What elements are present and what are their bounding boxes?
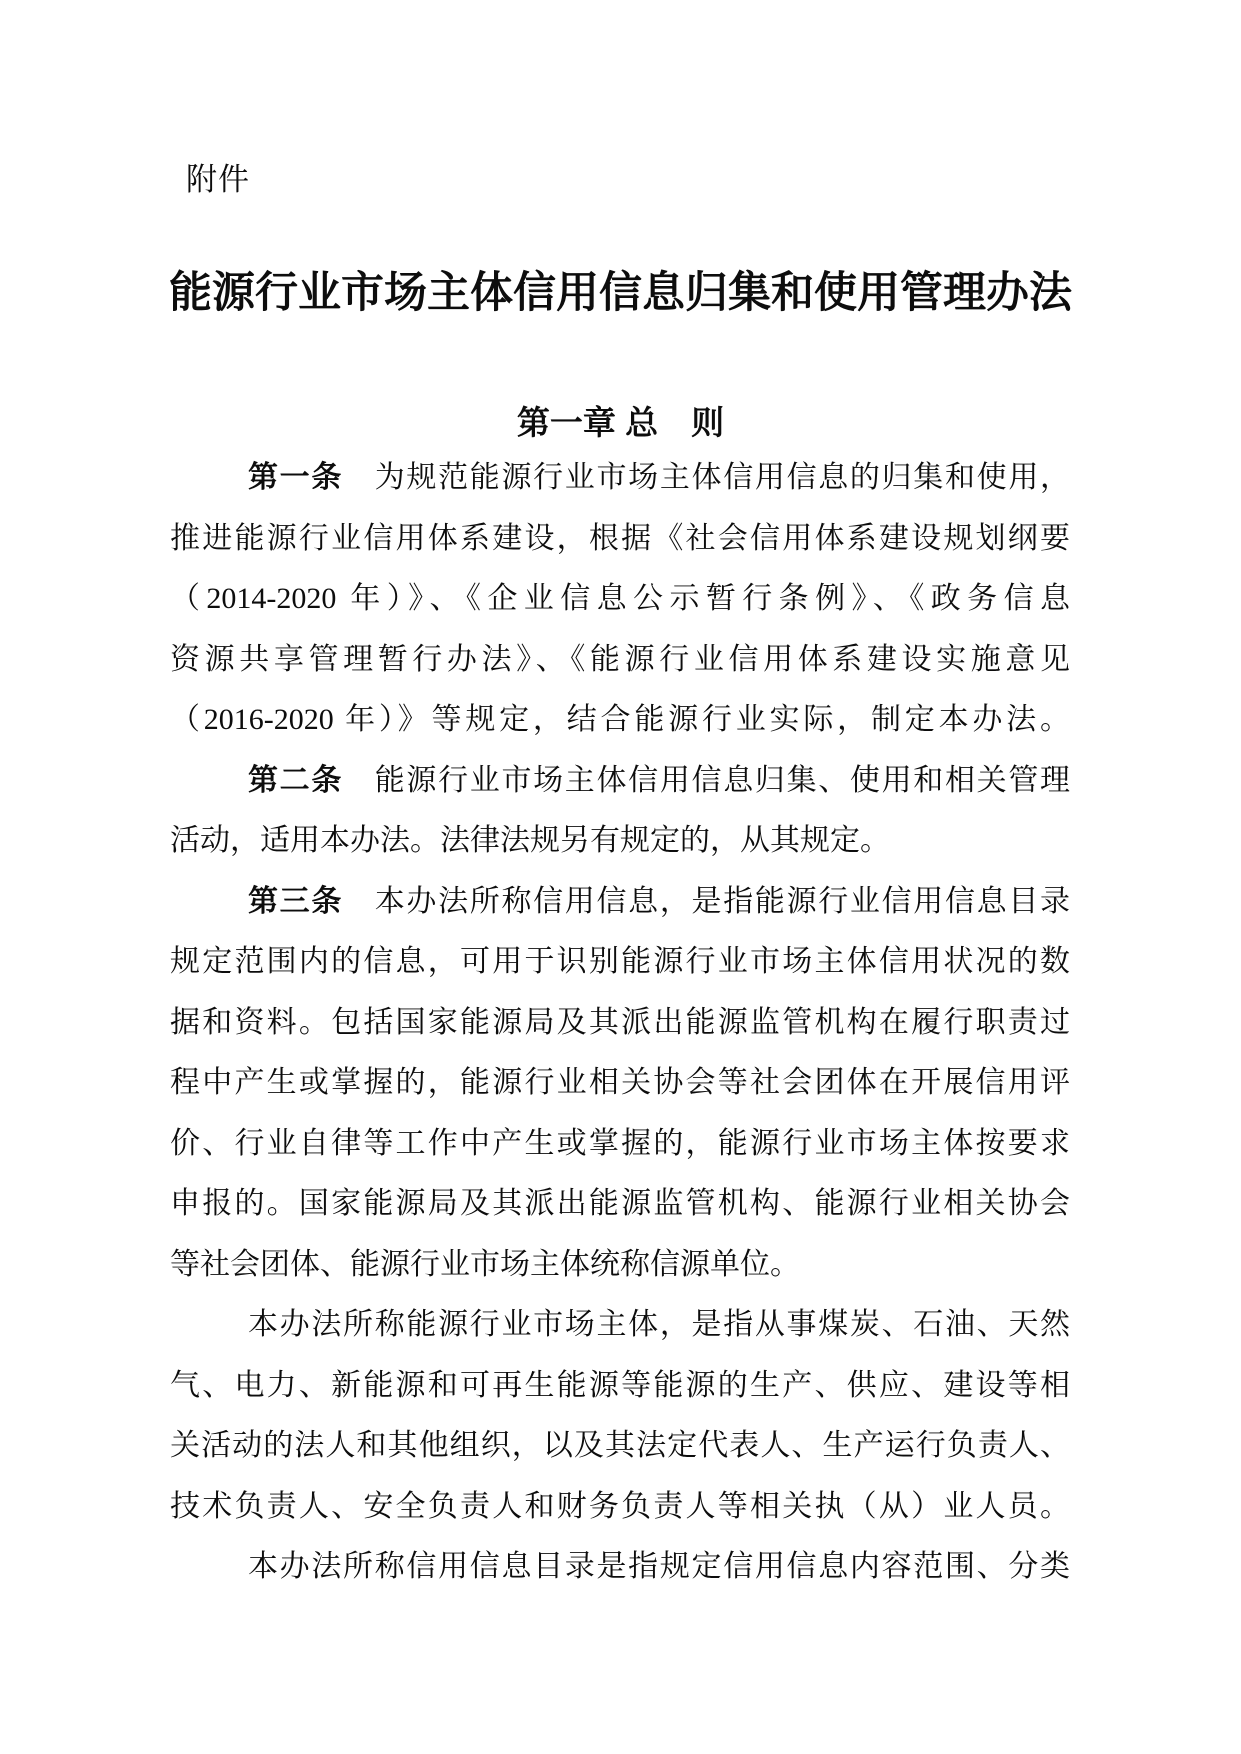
line-text: 资源共享管理暂行办法》、《能源行业信用体系建设实施意见: [170, 643, 1070, 676]
text-line: 活动，适用本办法。法律法规另有规定的，从其规定。: [170, 811, 1070, 872]
line-text: 等社会团体、能源行业市场主体统称信源单位。: [170, 1248, 800, 1281]
line-text: （2014-2020 年）》、《企业信息公示暂行条例》、《政务信息: [170, 582, 1070, 615]
text-line: 第一条 为规范能源行业市场主体信用信息的归集和使用，: [170, 448, 1070, 509]
text-line: 程中产生或掌握的，能源行业相关协会等社会团体在开展信用评: [170, 1053, 1070, 1114]
text-line: 资源共享管理暂行办法》、《能源行业信用体系建设实施意见: [170, 630, 1070, 691]
text-line: （2014-2020 年）》、《企业信息公示暂行条例》、《政务信息: [170, 569, 1070, 630]
paragraph: 第二条 能源行业市场主体信用信息归集、使用和相关管理活动，适用本办法。法律法规另…: [170, 751, 1070, 872]
text-line: 关活动的法人和其他组织，以及其法定代表人、生产运行负责人、: [170, 1416, 1070, 1477]
document-body: 第一条 为规范能源行业市场主体信用信息的归集和使用，推进能源行业信用体系建设，根…: [170, 448, 1070, 1598]
line-text: 据和资料。包括国家能源局及其派出能源监管机构在履行职责过: [170, 1006, 1070, 1039]
text-line: 技术负责人、安全负责人和财务负责人等相关执（从）业人员。: [170, 1477, 1070, 1538]
line-text: （2016-2020 年）》等规定，结合能源行业实际，制定本办法。: [170, 703, 1070, 736]
text-line: 气、电力、新能源和可再生能源等能源的生产、供应、建设等相: [170, 1356, 1070, 1417]
line-text: 气、电力、新能源和可再生能源等能源的生产、供应、建设等相: [170, 1369, 1070, 1402]
line-text: 价、行业自律等工作中产生或掌握的，能源行业市场主体按要求: [170, 1127, 1070, 1160]
text-line: （2016-2020 年）》等规定，结合能源行业实际，制定本办法。: [170, 690, 1070, 751]
paragraph: 第三条 本办法所称信用信息，是指能源行业信用信息目录规定范围内的信息，可用于识别…: [170, 872, 1070, 1296]
attachment-label: 附件: [186, 160, 250, 200]
line-text: 关活动的法人和其他组织，以及其法定代表人、生产运行负责人、: [170, 1429, 1070, 1462]
text-line: 本办法所称信用信息目录是指规定信用信息内容范围、分类: [170, 1537, 1070, 1598]
article-number: 第二条: [248, 764, 343, 797]
text-line: 第三条 本办法所称信用信息，是指能源行业信用信息目录: [170, 872, 1070, 933]
line-text: 程中产生或掌握的，能源行业相关协会等社会团体在开展信用评: [170, 1066, 1070, 1099]
text-line: 本办法所称能源行业市场主体，是指从事煤炭、石油、天然: [170, 1295, 1070, 1356]
text-line: 价、行业自律等工作中产生或掌握的，能源行业市场主体按要求: [170, 1114, 1070, 1175]
line-text: 本办法所称能源行业市场主体，是指从事煤炭、石油、天然: [248, 1308, 1070, 1341]
line-text: 申报的。国家能源局及其派出能源监管机构、能源行业相关协会: [170, 1187, 1070, 1220]
text-line: 规定范围内的信息，可用于识别能源行业市场主体信用状况的数: [170, 932, 1070, 993]
paragraph: 本办法所称能源行业市场主体，是指从事煤炭、石油、天然气、电力、新能源和可再生能源…: [170, 1295, 1070, 1537]
line-text: 本办法所称信用信息，是指能源行业信用信息目录: [343, 885, 1070, 918]
document-page: 附件 能源行业市场主体信用信息归集和使用管理办法 第一章 总 则 第一条 为规范…: [0, 0, 1241, 1754]
line-text: 活动，适用本办法。法律法规另有规定的，从其规定。: [170, 824, 890, 857]
line-text: 技术负责人、安全负责人和财务负责人等相关执（从）业人员。: [170, 1490, 1070, 1523]
line-text: 本办法所称信用信息目录是指规定信用信息内容范围、分类: [248, 1550, 1070, 1583]
line-text: 为规范能源行业市场主体信用信息的归集和使用，: [343, 461, 1070, 494]
chapter-heading: 第一章 总 则: [0, 403, 1241, 443]
text-line: 申报的。国家能源局及其派出能源监管机构、能源行业相关协会: [170, 1174, 1070, 1235]
article-number: 第三条: [248, 885, 343, 918]
article-number: 第一条: [248, 461, 343, 494]
text-line: 第二条 能源行业市场主体信用信息归集、使用和相关管理: [170, 751, 1070, 812]
text-line: 等社会团体、能源行业市场主体统称信源单位。: [170, 1235, 1070, 1296]
line-text: 能源行业市场主体信用信息归集、使用和相关管理: [343, 764, 1070, 797]
text-line: 推进能源行业信用体系建设，根据《社会信用体系建设规划纲要: [170, 509, 1070, 570]
text-line: 据和资料。包括国家能源局及其派出能源监管机构在履行职责过: [170, 993, 1070, 1054]
paragraph: 第一条 为规范能源行业市场主体信用信息的归集和使用，推进能源行业信用体系建设，根…: [170, 448, 1070, 751]
line-text: 推进能源行业信用体系建设，根据《社会信用体系建设规划纲要: [170, 522, 1070, 555]
line-text: 规定范围内的信息，可用于识别能源行业市场主体信用状况的数: [170, 945, 1070, 978]
page-title: 能源行业市场主体信用信息归集和使用管理办法: [0, 268, 1241, 318]
paragraph: 本办法所称信用信息目录是指规定信用信息内容范围、分类: [170, 1537, 1070, 1598]
